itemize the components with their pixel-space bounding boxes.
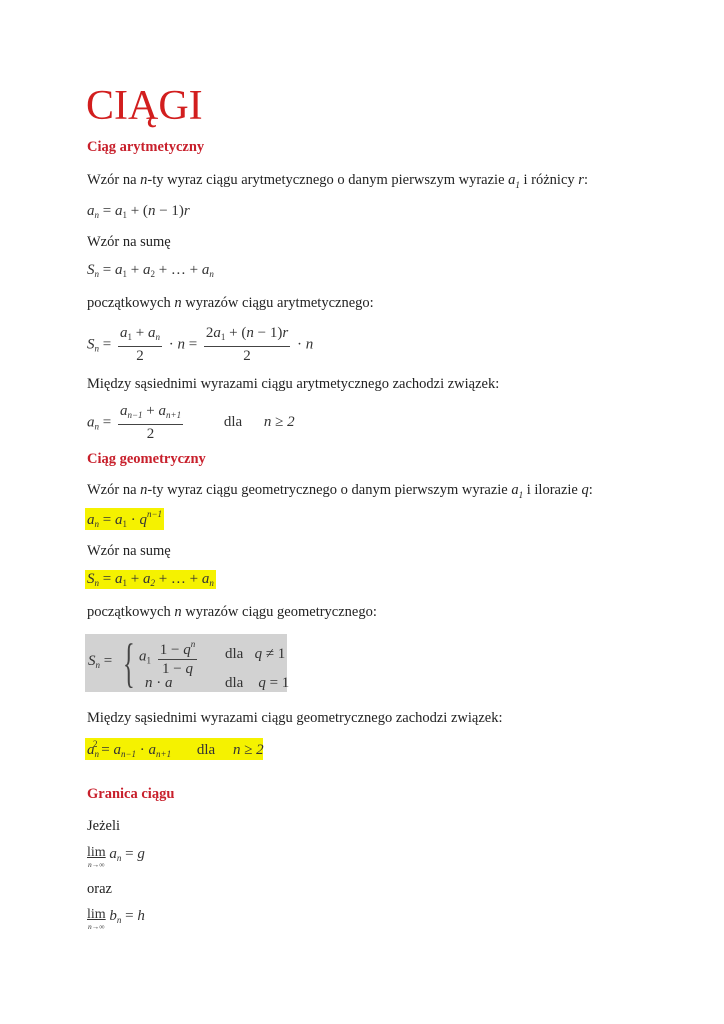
arithmetic-sum-desc: początkowych n wyrazów ciągu arytmetyczn… <box>87 295 374 312</box>
lim-sub: n→∞ <box>87 860 106 869</box>
var-n: n <box>174 295 181 311</box>
text: początkowych <box>87 604 174 620</box>
dla-label: dla <box>197 742 215 758</box>
formula-geometric-sum-closed: Sn = { a1 1 − qn1 − q dla q ≠ 1 n · a dl… <box>85 634 287 692</box>
text: Wzór na <box>87 172 140 188</box>
limit-and-text: oraz <box>87 881 112 898</box>
geometric-intro: Wzór na n-ty wyraz ciągu geometrycznego … <box>87 482 593 500</box>
formula-geometric-neighbors: an2 = an−1 · an+1 dla n ≥ 2 <box>85 738 263 760</box>
formula-limit-a: limn→∞ an = g <box>87 846 145 869</box>
formula-arithmetic-sum: Sn = a1 + a2 + … + an <box>87 262 214 279</box>
text: wyrazów ciągu arytmetycznego: <box>182 295 374 311</box>
arithmetic-intro: Wzór na n-ty wyraz ciągu arytmetycznego … <box>87 172 588 190</box>
text: Wzór na <box>87 482 140 498</box>
limit-if-text: Jeżeli <box>87 818 120 835</box>
page-title: CIĄGI <box>86 82 203 130</box>
text: i różnicy <box>520 172 578 188</box>
formula-arithmetic-nth: an = a1 + (n − 1)r <box>87 203 190 220</box>
text: -ty wyraz ciągu geometrycznego o danym p… <box>147 482 511 498</box>
formula-geometric-sum: Sn = a1 + a2 + … + an <box>85 570 216 589</box>
condition: n ≥ 2 <box>264 414 295 430</box>
heading-geometric: Ciąg geometryczny <box>87 451 206 468</box>
text: początkowych <box>87 295 174 311</box>
condition: n ≥ 2 <box>233 742 264 758</box>
heading-arithmetic: Ciąg arytmetyczny <box>87 139 204 156</box>
lim-label: lim <box>87 908 106 922</box>
geometric-sum-desc: początkowych n wyrazów ciągu geometryczn… <box>87 604 377 621</box>
var-a1: a1 <box>511 482 523 498</box>
formula-limit-b: limn→∞ bn = h <box>87 908 145 931</box>
document-page: CIĄGI Ciąg arytmetyczny Wzór na n-ty wyr… <box>0 0 724 1024</box>
geometric-sum-label: Wzór na sumę <box>87 543 171 560</box>
var-q: q <box>582 482 589 498</box>
formula-arithmetic-sum-closed: Sn = a1 + an2 · n = 2a1 + (n − 1)r2 · n <box>87 325 313 365</box>
text: wyrazów ciągu geometrycznego: <box>182 604 377 620</box>
heading-limit: Granica ciągu <box>87 786 174 803</box>
text: i ilorazie <box>523 482 581 498</box>
arithmetic-neighbors-text: Między sąsiednimi wyrazami ciągu arytmet… <box>87 376 499 393</box>
formula-arithmetic-neighbors: an = an−1 + an+12 dla n ≥ 2 <box>87 403 295 443</box>
dla-label: dla q = 1 <box>225 675 289 692</box>
dla-label: dla <box>224 414 242 430</box>
lim-label: lim <box>87 846 106 860</box>
dla-label: dla q ≠ 1 <box>225 646 285 663</box>
formula-geometric-nth: an = a1 · qn−1 <box>85 508 164 530</box>
var-n: n <box>174 604 181 620</box>
brace: { <box>123 636 135 690</box>
text: : <box>584 172 588 188</box>
var-a1: a1 <box>508 172 520 188</box>
text: -ty wyraz ciągu arytmetycznego o danym p… <box>147 172 508 188</box>
lim-sub: n→∞ <box>87 922 106 931</box>
arithmetic-sum-label: Wzór na sumę <box>87 234 171 251</box>
geometric-neighbors-text: Między sąsiednimi wyrazami ciągu geometr… <box>87 710 503 727</box>
text: : <box>589 482 593 498</box>
